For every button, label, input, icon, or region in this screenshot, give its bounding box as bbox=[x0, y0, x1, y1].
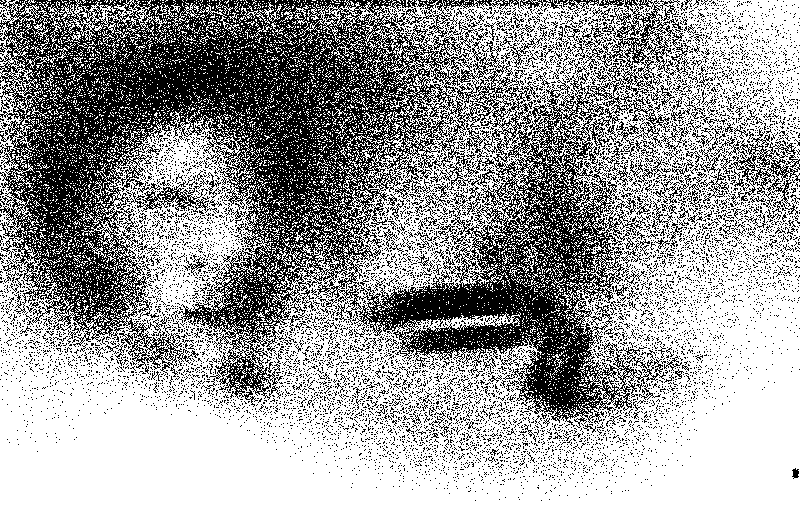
artwork-frame: Black-and-white dithered stipple image: … bbox=[0, 0, 800, 506]
dithered-artwork-canvas bbox=[0, 0, 800, 506]
